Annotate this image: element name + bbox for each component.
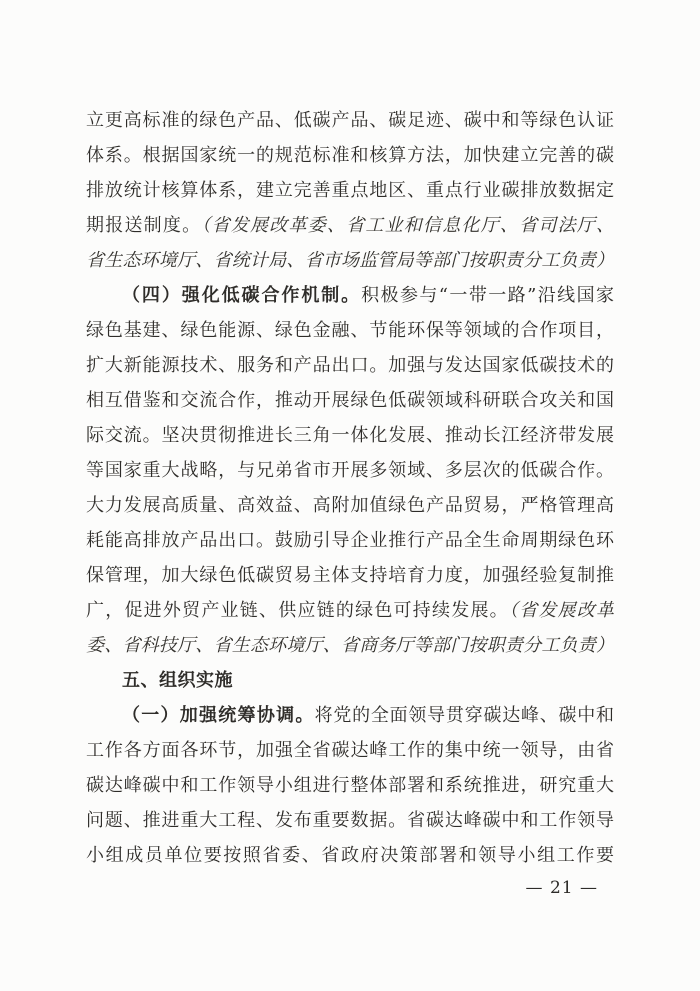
document-text-block: 立更高标准的绿色产品、低碳产品、碳足迹、碳中和等绿色认证体系。根据国家统一的规范… <box>86 103 614 873</box>
text-line: 等国家重大战略，与兄弟省市开展多领域、多层次的低碳合作。 <box>86 453 614 488</box>
text-segment: 碳达峰碳中和工作领导小组进行整体部署和系统推进，研究重大 <box>86 775 614 796</box>
text-segment: 际交流。坚决贯彻推进长三角一体化发展、推动长江经济带发展 <box>86 425 614 446</box>
text-segment: 立更高标准的绿色产品、低碳产品、碳足迹、碳中和等绿色认证 <box>86 110 614 131</box>
text-line: 体系。根据国家统一的规范标准和核算方法，加快建立完善的碳 <box>86 138 614 173</box>
text-segment: 五、组织实施 <box>122 670 233 691</box>
text-segment: 期报送制度。 <box>86 215 201 236</box>
text-segment: 将党的全面领导贯穿碳达峰、碳中和 <box>315 705 614 726</box>
department-annotation-text: （省发展改革委、省工业和信息化厅、省司法厅、 <box>201 215 614 236</box>
text-segment: 相互借鉴和交流合作，推动开展绿色低碳领域科研联合攻关和国 <box>86 390 614 411</box>
text-segment: 体系。根据国家统一的规范标准和核算方法，加快建立完善的碳 <box>86 145 614 166</box>
department-annotation-text: （省发展改革 <box>509 600 614 621</box>
page-number: — 21 — <box>526 876 598 900</box>
text-line: 委、省科技厅、省生态环境厅、省商务厅等部门按职责分工负责） <box>86 628 614 663</box>
text-line: 广，促进外贸产业链、供应链的绿色可持续发展。（省发展改革 <box>86 593 614 628</box>
text-line: 际交流。坚决贯彻推进长三角一体化发展、推动长江经济带发展 <box>86 418 614 453</box>
text-segment: 排放统计核算体系，建立完善重点地区、重点行业碳排放数据定 <box>86 180 614 201</box>
text-segment: 工作各方面各环节，加强全省碳达峰工作的集中统一领导，由省 <box>86 740 614 761</box>
text-line: 立更高标准的绿色产品、低碳产品、碳足迹、碳中和等绿色认证 <box>86 103 614 138</box>
section-heading: 五、组织实施 <box>86 663 614 698</box>
text-line: 大力发展高质量、高效益、高附加值绿色产品贸易，严格管理高 <box>86 488 614 523</box>
text-segment: 保管理，加大绿色低碳贸易主体支持培育力度，加强经验复制推 <box>86 565 614 586</box>
text-segment: 广，促进外贸产业链、供应链的绿色可持续发展。 <box>86 600 509 621</box>
text-line: 扩大新能源技术、服务和产品出口。加强与发达国家低碳技术的 <box>86 348 614 383</box>
text-segment: 耗能高排放产品出口。鼓励引导企业推行产品全生命周期绿色环 <box>86 530 614 551</box>
text-line: （四）强化低碳合作机制。积极参与“一带一路”沿线国家 <box>86 278 614 313</box>
text-line: 绿色基建、绿色能源、绿色金融、节能环保等领域的合作项目， <box>86 313 614 348</box>
department-annotation-text: 省生态环境厅、省统计局、省市场监管局等部门按职责分工负责） <box>86 250 614 271</box>
text-segment: 扩大新能源技术、服务和产品出口。加强与发达国家低碳技术的 <box>86 355 614 376</box>
text-line: 省生态环境厅、省统计局、省市场监管局等部门按职责分工负责） <box>86 243 614 278</box>
text-line: 期报送制度。（省发展改革委、省工业和信息化厅、省司法厅、 <box>86 208 614 243</box>
text-line: 工作各方面各环节，加强全省碳达峰工作的集中统一领导，由省 <box>86 733 614 768</box>
text-segment: 小组成员单位要按照省委、省政府决策部署和领导小组工作要 <box>86 845 614 866</box>
text-line: 相互借鉴和交流合作，推动开展绿色低碳领域科研联合攻关和国 <box>86 383 614 418</box>
document-page: 立更高标准的绿色产品、低碳产品、碳足迹、碳中和等绿色认证体系。根据国家统一的规范… <box>0 0 700 991</box>
text-segment: （一）加强统筹协调。 <box>122 705 315 726</box>
text-segment: 问题、推进重大工程、发布重要数据。省碳达峰碳中和工作领导 <box>86 810 614 831</box>
text-segment: 绿色基建、绿色能源、绿色金融、节能环保等领域的合作项目， <box>86 320 614 341</box>
text-line: 保管理，加大绿色低碳贸易主体支持培育力度，加强经验复制推 <box>86 558 614 593</box>
text-segment: 积极参与“一带一路”沿线国家 <box>361 285 614 306</box>
text-line: （一）加强统筹协调。将党的全面领导贯穿碳达峰、碳中和 <box>86 698 614 733</box>
text-segment: 大力发展高质量、高效益、高附加值绿色产品贸易，严格管理高 <box>86 495 614 516</box>
text-line: 问题、推进重大工程、发布重要数据。省碳达峰碳中和工作领导 <box>86 803 614 838</box>
text-segment: （四）强化低碳合作机制。 <box>122 285 361 306</box>
text-line: 小组成员单位要按照省委、省政府决策部署和领导小组工作要 <box>86 838 614 873</box>
text-segment: 等国家重大战略，与兄弟省市开展多领域、多层次的低碳合作。 <box>86 460 614 481</box>
text-line: 耗能高排放产品出口。鼓励引导企业推行产品全生命周期绿色环 <box>86 523 614 558</box>
department-annotation-text: 委、省科技厅、省生态环境厅、省商务厅等部门按职责分工负责） <box>86 635 614 656</box>
text-line: 排放统计核算体系，建立完善重点地区、重点行业碳排放数据定 <box>86 173 614 208</box>
text-line: 碳达峰碳中和工作领导小组进行整体部署和系统推进，研究重大 <box>86 768 614 803</box>
